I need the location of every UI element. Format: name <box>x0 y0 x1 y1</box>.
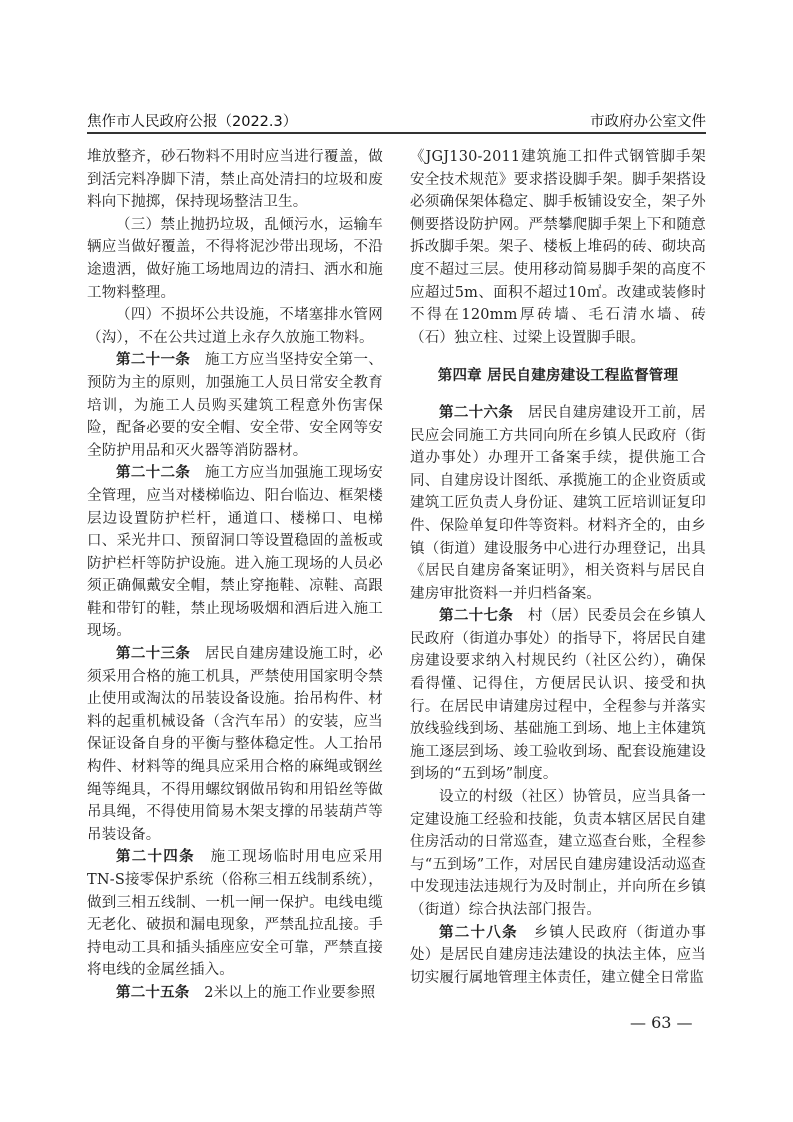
article-title: 第二十八条 <box>439 925 518 941</box>
article-body: 施工现场临时用电应采用TN-S接零保护系统（俗称三相五线制系统），做到三相五线制… <box>87 849 383 978</box>
paragraph: 堆放整齐，砂石物料不用时应当进行覆盖，做到活完料净脚下清，禁止高处清扫的垃圾和废… <box>87 146 383 214</box>
paragraph: 设立的村级（社区）协管员，应当具备一定建设施工经验和技能，负责本辖区居民自建住房… <box>410 786 706 922</box>
article-body: 村（居）民委员会在乡镇人民政府（街道办事处）的指导下，将居民自建房建设要求纳入村… <box>410 608 706 782</box>
article-21: 第二十一条 施工方应当坚持安全第一、预防为主的原则，加强施工人员日常安全教育培训… <box>87 349 383 462</box>
article-body: 居民自建房建设开工前，居民应会同施工方共同向所在乡镇人民政府（街道办事处）办理开… <box>410 405 706 602</box>
article-22: 第二十二条 施工方应当加强施工现场安全管理，应当对楼梯临边、阳台临边、框架楼层边… <box>87 462 383 643</box>
article-body: 居民自建房建设施工时，必须采用合格的施工机具，严禁使用国家明令禁止使用或淘汰的吊… <box>87 646 383 843</box>
article-27: 第二十七条 村（居）民委员会在乡镇人民政府（街道办事处）的指导下，将居民自建房建… <box>410 605 706 786</box>
paragraph: （四）不损坏公共设施，不堵塞排水管网（沟），不在公共过道上永存久放施工物料。 <box>87 304 383 349</box>
publication-title: 焦作市人民政府公报（2022.3） <box>87 110 297 131</box>
article-24: 第二十四条 施工现场临时用电应采用TN-S接零保护系统（俗称三相五线制系统），做… <box>87 846 383 982</box>
right-column: 《JGJ130-2011建筑施工扣件式钢管脚手架安全技术规范》要求搭设脚手架。脚… <box>410 146 706 989</box>
article-title: 第二十六条 <box>439 405 513 421</box>
article-28: 第二十八条 乡镇人民政府（街道办事处）是居民自建房违法建设的执法主体，应当切实履… <box>410 922 706 990</box>
article-title: 第二十四条 <box>116 849 195 865</box>
article-body: 2米以上的施工作业要参照 <box>204 985 375 1001</box>
article-title: 第二十一条 <box>116 352 190 368</box>
article-body: 施工方应当加强施工现场安全管理，应当对楼梯临边、阳台临边、框架楼层边设置防护栏杆… <box>87 465 383 639</box>
article-25: 第二十五条 2米以上的施工作业要参照 <box>87 982 383 1005</box>
chapter-heading: 第四章 居民自建房建设工程监督管理 <box>410 365 706 388</box>
running-header: 焦作市人民政府公报（2022.3） 市政府办公室文件 <box>87 108 706 134</box>
article-26: 第二十六条 居民自建房建设开工前，居民应会同施工方共同向所在乡镇人民政府（街道办… <box>410 402 706 605</box>
paragraph: 《JGJ130-2011建筑施工扣件式钢管脚手架安全技术规范》要求搭设脚手架。脚… <box>410 146 706 349</box>
article-title: 第二十二条 <box>116 465 190 481</box>
paragraph: （三）禁止抛扔垃圾，乱倾污水，运输车辆应当做好覆盖，不得将泥沙带出现场，不沿途遗… <box>87 214 383 304</box>
page-number: — 63 — <box>630 1013 693 1032</box>
section-title: 市政府办公室文件 <box>590 110 706 131</box>
article-title: 第二十七条 <box>439 608 513 624</box>
left-column: 堆放整齐，砂石物料不用时应当进行覆盖，做到活完料净脚下清，禁止高处清扫的垃圾和废… <box>87 146 383 1005</box>
article-title: 第二十五条 <box>116 985 190 1001</box>
article-title: 第二十三条 <box>116 646 190 662</box>
article-23: 第二十三条 居民自建房建设施工时，必须采用合格的施工机具，严禁使用国家明令禁止使… <box>87 643 383 846</box>
